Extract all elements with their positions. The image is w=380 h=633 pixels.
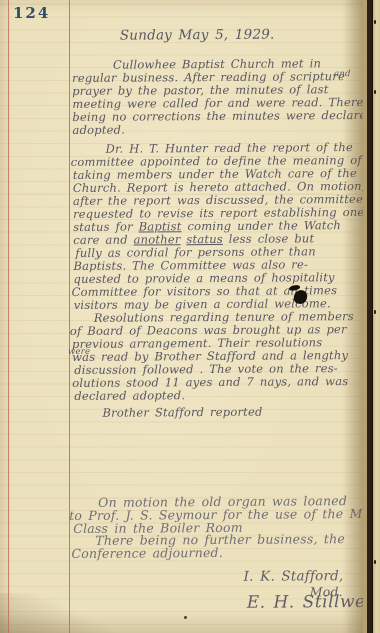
page-edge-shadow <box>344 0 363 633</box>
entry-date-heading: Sunday May 5, 1929. <box>120 27 275 44</box>
handwriting-line: adopted. <box>72 124 125 137</box>
handwriting-line: Brother Stafford reported <box>102 406 262 420</box>
stitch-mark <box>374 20 376 24</box>
handwriting-line: Conference adjourned. <box>71 546 223 560</box>
paper-speck <box>184 616 187 619</box>
handwriting-layer: Sunday May 5, 1929. Cullowhee Baptist Ch… <box>0 0 370 633</box>
next-page-edge <box>373 0 380 633</box>
handwriting-line: I. K. Stafford, <box>244 570 344 584</box>
handwriting-line: declared adopted. <box>74 389 185 403</box>
ledger-photo: 124 Sunday May 5, 1929. Cullowhee Baptis… <box>0 0 380 633</box>
stitch-mark <box>374 90 376 94</box>
stitch-mark <box>374 560 376 564</box>
ledger-page: 124 Sunday May 5, 1929. Cullowhee Baptis… <box>0 0 366 633</box>
stitch-mark <box>374 310 376 314</box>
